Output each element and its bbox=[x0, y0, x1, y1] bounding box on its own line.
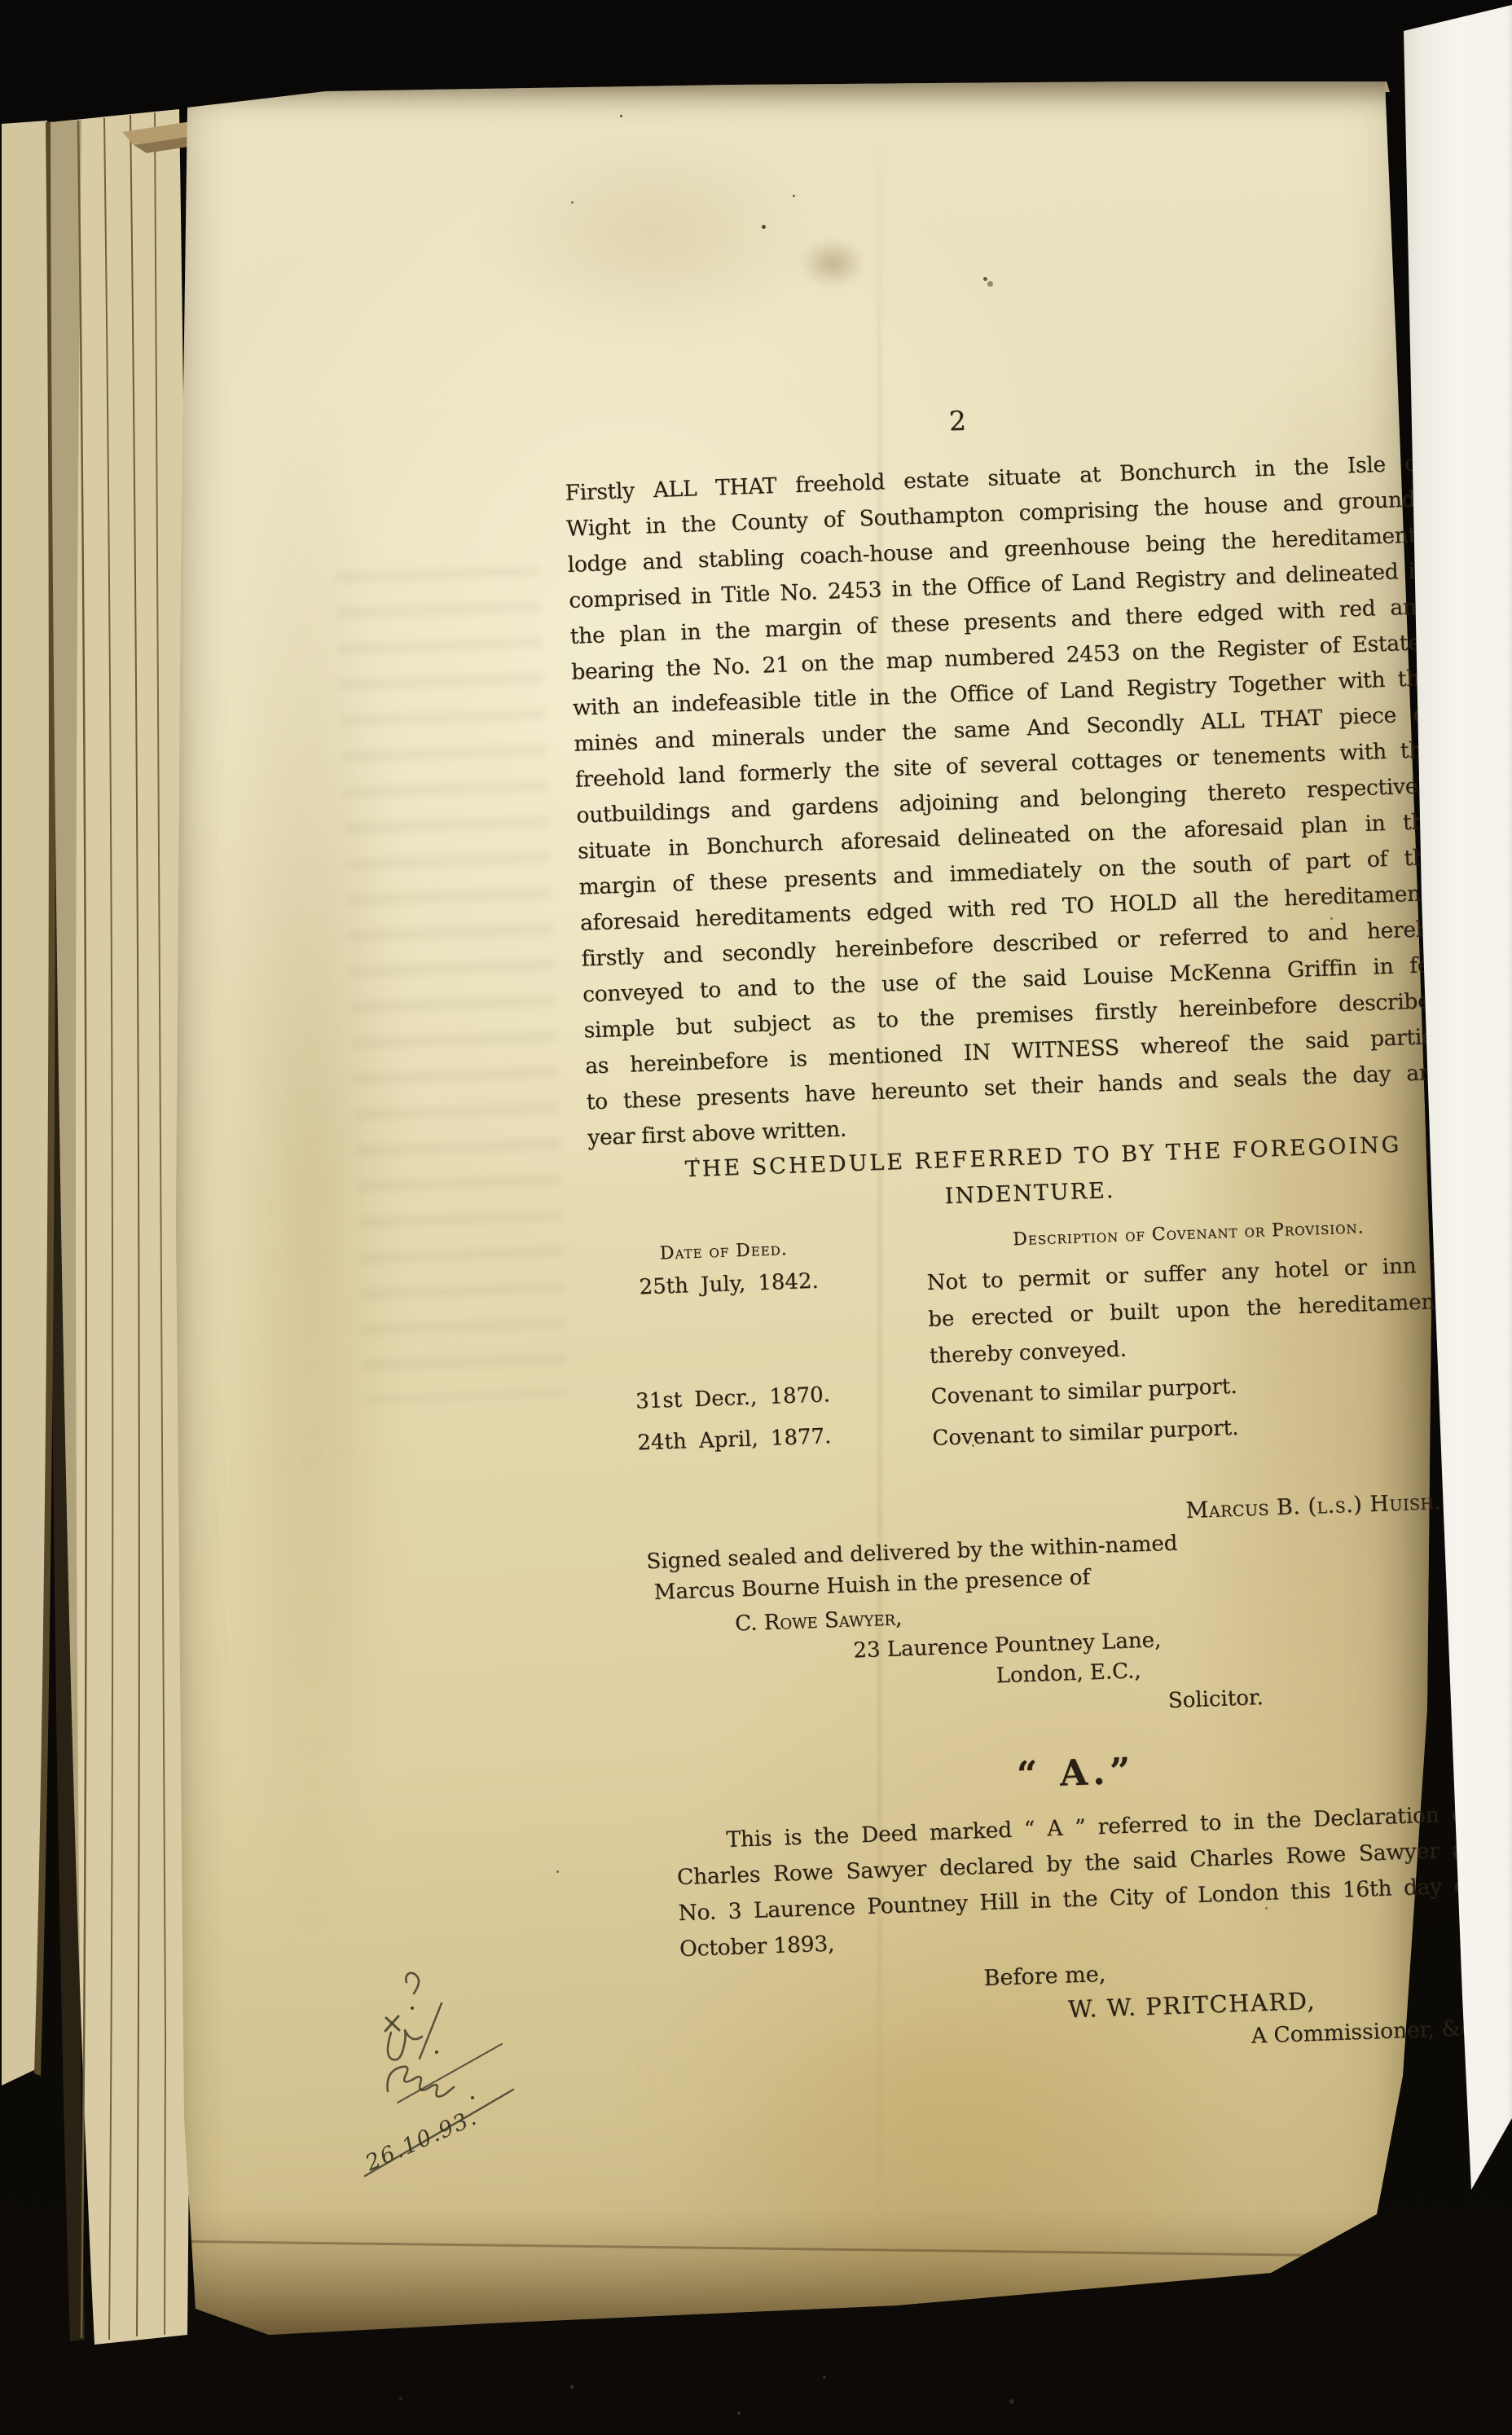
commissioner-title: A Commissioner, &c. bbox=[1250, 2015, 1479, 2049]
handwritten-initials bbox=[388, 2067, 454, 2097]
exhibit-mark: “ A.” bbox=[666, 1738, 1485, 1808]
witness-title: Solicitor. bbox=[1167, 1686, 1264, 1713]
handwritten-initials bbox=[388, 2030, 422, 2059]
handwritten-squiggle bbox=[406, 1973, 419, 1993]
witness-name: C. Rowe Sawyer, bbox=[735, 1606, 903, 1636]
before-me-line: Before me, bbox=[983, 1962, 1106, 1991]
schedule-row-date: 31st Decr., 1870. bbox=[629, 1382, 837, 1414]
attestation-line: Signed sealed and delivered by the withi… bbox=[646, 1531, 1178, 1574]
background-dust bbox=[570, 2385, 574, 2389]
printed-text-block: 2 Firstly ALL THAT freehold estate situa… bbox=[562, 377, 1484, 2101]
handwritten-annotation: 26.10.93. bbox=[342, 1951, 611, 2220]
schedule-row-date: 24th April, 1877. bbox=[631, 1424, 838, 1456]
commissioner-signature: W. W. PRITCHARD, bbox=[1067, 1987, 1316, 2024]
scanned-deed-photo: 2 Firstly ALL THAT freehold estate situa… bbox=[0, 0, 1512, 2435]
grantor-signature: Marcus B. (l.s.) Huish. bbox=[1185, 1489, 1442, 1523]
schedule-description-column-header: Description of Covenant or Provision. bbox=[925, 1215, 1452, 1254]
handwritten-stroke bbox=[398, 2044, 502, 2103]
schedule-date-column-header: Date of Deed. bbox=[624, 1237, 824, 1265]
witness-address: 23 Laurence Pountney Lane, bbox=[853, 1628, 1162, 1663]
schedule-row-date: 25th July, 1842. bbox=[625, 1268, 833, 1300]
witness-address: London, E.C., bbox=[996, 1659, 1141, 1688]
declaration-paragraph: This is the Deed marked “ A ” referred t… bbox=[675, 1796, 1477, 1967]
deed-paragraph: Firstly ALL THAT freehold estate situate… bbox=[565, 446, 1448, 1156]
handwritten-date: 26.10.93. bbox=[361, 2104, 481, 2176]
schedule-row-description: Not to permit or suffer any hotel or inn… bbox=[926, 1246, 1456, 1374]
handwritten-slash bbox=[420, 2003, 442, 2059]
page-number: 2 bbox=[948, 405, 966, 437]
